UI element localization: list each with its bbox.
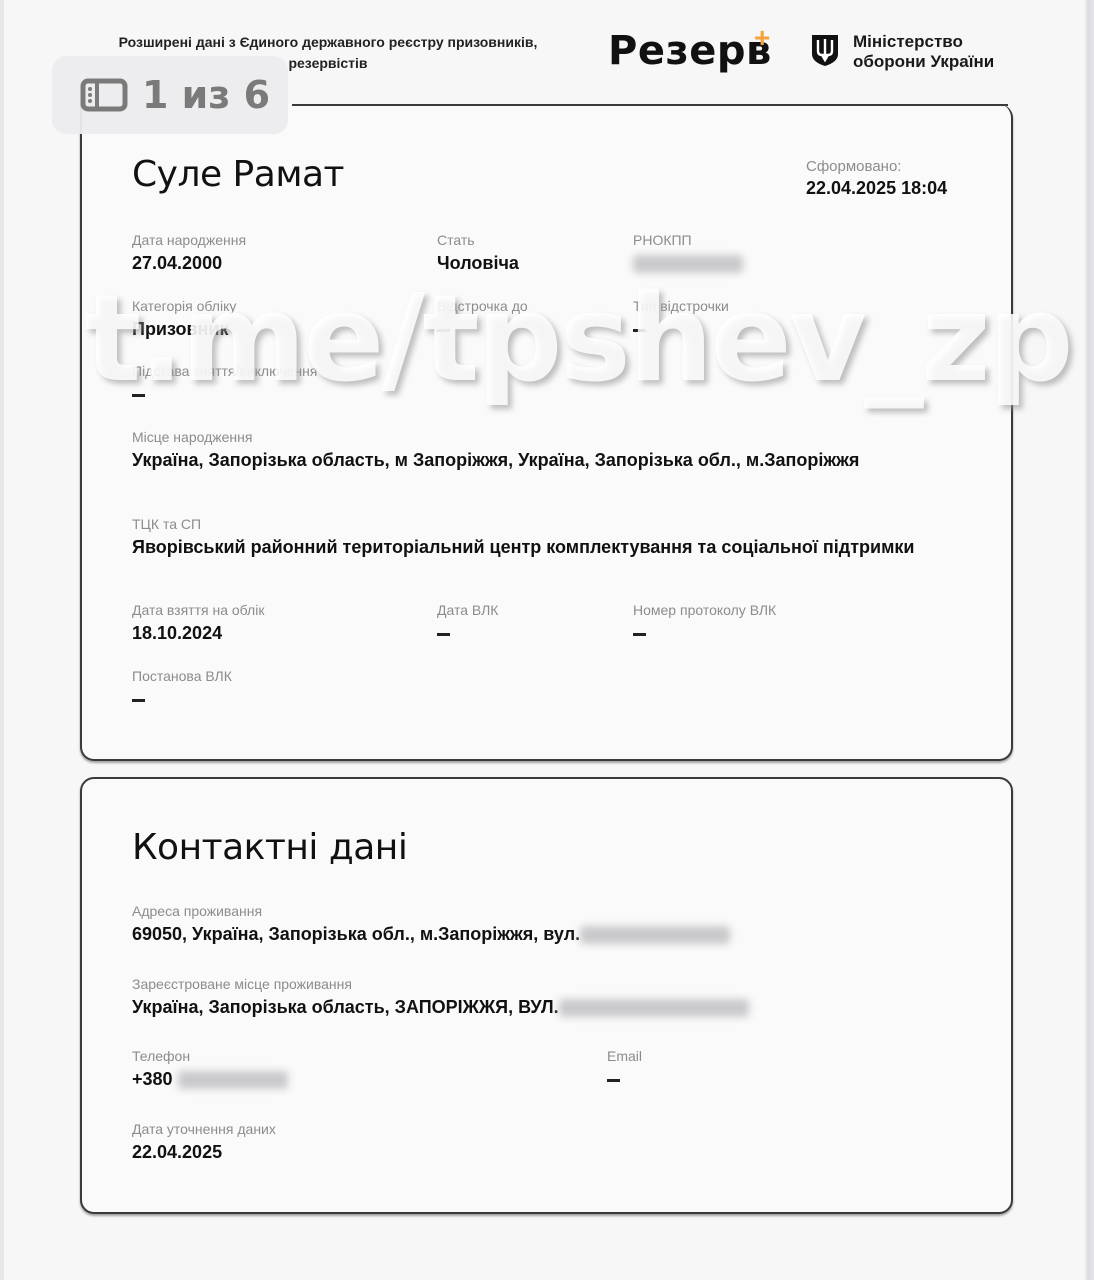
field-email: Email xyxy=(607,1047,642,1090)
field-vlk-decision: Постанова ВЛК xyxy=(132,667,232,710)
field-value xyxy=(437,318,528,340)
field-vlk-date: Дата ВЛК xyxy=(437,601,498,644)
field-label: ТЦК та СП xyxy=(132,515,932,533)
field-label: Телефон xyxy=(132,1047,288,1065)
field-value: Україна, Запорізька область, ЗАПОРІЖЖЯ, … xyxy=(132,996,749,1018)
registered-address-text: Україна, Запорізька область, ЗАПОРІЖЖЯ, … xyxy=(132,997,559,1017)
empty-value-dash xyxy=(607,1079,620,1082)
field-tck: ТЦК та СП Яворівський районний територіа… xyxy=(132,515,932,558)
generated-at: Сформовано: 22.04.2025 18:04 xyxy=(806,158,947,199)
trident-shield-icon xyxy=(811,34,839,67)
field-deferral-until: Відстрочка до xyxy=(437,297,528,340)
person-name: Суле Рамат xyxy=(132,154,344,195)
empty-value-dash xyxy=(132,394,145,397)
redacted-blur xyxy=(580,926,730,944)
phone-prefix: +380 xyxy=(132,1069,173,1089)
field-value-redacted xyxy=(633,252,743,274)
field-phone: Телефон +380 xyxy=(132,1047,288,1090)
contacts-title: Контактні дані xyxy=(132,827,407,868)
empty-value-dash xyxy=(437,633,450,636)
field-removal-reason: Підстава зняття/виключення xyxy=(132,362,317,405)
card-top-border xyxy=(292,104,1008,106)
field-label: Відстрочка до xyxy=(437,297,528,315)
sidebar-panel-icon xyxy=(80,78,128,112)
reserv-logo: Резерв xyxy=(608,28,772,74)
field-label: Зареєстроване місце проживання xyxy=(132,975,749,993)
generated-value: 22.04.2025 18:04 xyxy=(806,178,947,199)
ministry-line-1: Міністерство xyxy=(853,32,994,52)
field-address: Адреса проживання 69050, Україна, Запорі… xyxy=(132,902,730,945)
field-value xyxy=(132,383,317,405)
field-label: Підстава зняття/виключення xyxy=(132,362,317,380)
field-label: Email xyxy=(607,1047,642,1065)
field-label: Дата уточнення даних xyxy=(132,1120,276,1138)
field-label: Стать xyxy=(437,231,519,249)
field-rnokpp: РНОКПП xyxy=(633,231,743,274)
field-label: Місце народження xyxy=(132,428,932,446)
page-count: 1 из 6 xyxy=(142,73,270,117)
redacted-blur xyxy=(178,1071,288,1089)
generated-label: Сформовано: xyxy=(806,158,947,175)
address-text: 69050, Україна, Запорізька обл., м.Запор… xyxy=(132,924,580,944)
field-value: Призовник xyxy=(132,318,236,340)
field-value xyxy=(633,318,729,340)
field-category: Категорія обліку Призовник xyxy=(132,297,236,340)
page-left-edge xyxy=(0,0,4,1280)
field-value: 69050, Україна, Запорізька обл., м.Запор… xyxy=(132,923,730,945)
reserv-plus-icon: + xyxy=(754,22,770,54)
field-birth-date: Дата народження 27.04.2000 xyxy=(132,231,246,274)
field-value xyxy=(607,1068,642,1090)
field-label: Дата народження xyxy=(132,231,246,249)
field-value xyxy=(437,622,498,644)
field-value: +380 xyxy=(132,1068,288,1090)
field-registered-address: Зареєстроване місце проживання Україна, … xyxy=(132,975,749,1018)
field-value: 22.04.2025 xyxy=(132,1141,276,1163)
field-label: Дата взяття на облік xyxy=(132,601,264,619)
field-value xyxy=(633,622,776,644)
field-updated-date: Дата уточнення даних 22.04.2025 xyxy=(132,1120,276,1163)
empty-value-dash xyxy=(633,633,646,636)
field-value: Яворівський районний територіальний цент… xyxy=(132,536,932,558)
field-label: Тип відстрочки xyxy=(633,297,729,315)
empty-value-dash xyxy=(132,699,145,702)
field-value: Україна, Запорізька область, м Запоріжжя… xyxy=(132,449,932,471)
ministry-name: Міністерство оборони України xyxy=(853,32,994,72)
field-label: Дата ВЛК xyxy=(437,601,498,619)
field-registration-date: Дата взяття на облік 18.10.2024 xyxy=(132,601,264,644)
field-label: Категорія обліку xyxy=(132,297,236,315)
field-value: Чоловіча xyxy=(437,252,519,274)
empty-value-dash xyxy=(437,329,450,332)
ministry-line-2: оборони України xyxy=(853,52,994,72)
field-label: Постанова ВЛК xyxy=(132,667,232,685)
field-value xyxy=(132,688,232,710)
field-sex: Стать Чоловіча xyxy=(437,231,519,274)
redacted-blur xyxy=(633,255,743,273)
field-label: РНОКПП xyxy=(633,231,743,249)
redacted-blur xyxy=(559,999,749,1017)
field-label: Адреса проживання xyxy=(132,902,730,920)
field-birth-place: Місце народження Україна, Запорізька обл… xyxy=(132,428,932,471)
field-value: 27.04.2000 xyxy=(132,252,246,274)
field-label: Номер протоколу ВЛК xyxy=(633,601,776,619)
field-deferral-type: Тип відстрочки xyxy=(633,297,729,340)
field-value: 18.10.2024 xyxy=(132,622,264,644)
page-indicator[interactable]: 1 из 6 xyxy=(52,56,288,134)
page-right-edge xyxy=(1084,0,1094,1280)
field-vlk-protocol: Номер протоколу ВЛК xyxy=(633,601,776,644)
empty-value-dash xyxy=(633,329,646,332)
